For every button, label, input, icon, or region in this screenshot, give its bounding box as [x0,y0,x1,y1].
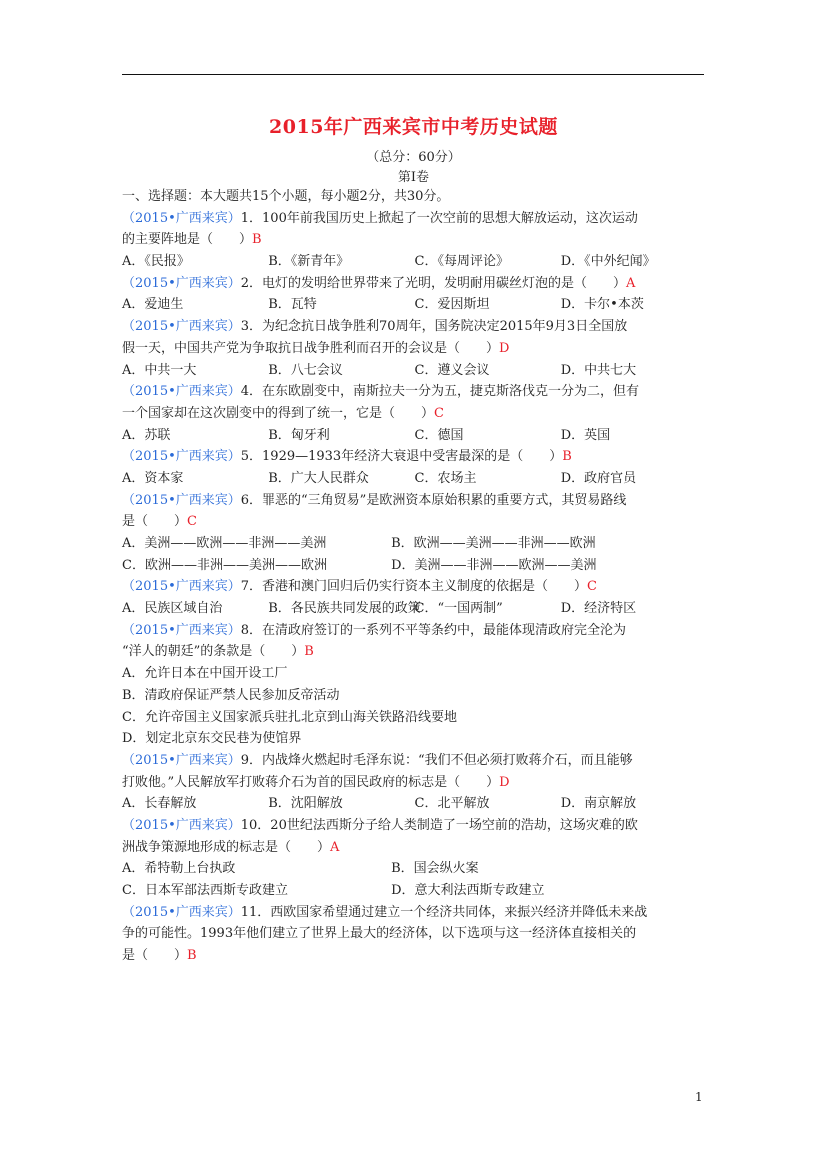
answer-option: C．德国 [415,425,561,447]
volume-label: 第Ⅰ卷 [0,166,827,185]
answer-option: A．爱迪生 [122,294,268,316]
answer-option: B．广大人民群众 [268,468,414,490]
options-row: D．划定北京东交民巷为使馆界 [122,728,707,750]
question-stem-line: 打败他。”人民解放军打败蒋介石为首的国民政府的标志是（ ）D [122,772,707,794]
question-source: （2015•广西来宾） [122,449,241,464]
question-stem-line: （2015•广西来宾）1．100年前我国历史上掀起了一次空前的思想大解放运动，这… [122,208,707,230]
answer-option: C．遵义会议 [415,360,561,382]
options-row: A．长春解放B．沈阳解放C．北平解放D．南京解放 [122,793,707,815]
answer-option: C．爱因斯坦 [415,294,561,316]
question-text: 4．在东欧剧变中，南斯拉夫一分为五，捷克斯洛伐克一分为二，但有 [241,384,639,399]
options-row: A．《民报》B．《新青年》C．《每周评论》D．《中外纪闻》 [122,251,707,273]
question-text: 的主要阵地是（ ） [122,232,252,247]
answer-option: C．北平解放 [415,793,561,815]
question-text: “洋人的朝廷”的条款是（ ） [122,644,304,659]
answer-key: D [499,775,509,790]
document-title: 2015年广西来宾市中考历史试题 [0,112,827,139]
question-source: （2015•广西来宾） [122,211,241,226]
question-text: 2．电灯的发明给世界带来了光明，发明耐用碳丝灯泡的是（ ） [241,276,626,291]
question-text: 7．香港和澳门回归后仍实行资本主义制度的依据是（ ） [241,579,587,594]
answer-option: D．《中外纪闻》 [561,251,707,273]
question-item: （2015•广西来宾）3．为纪念抗日战争胜利70周年，国务院决定2015年9月3… [122,316,707,381]
options-row: C．欧洲——非洲——美洲——欧洲D．美洲——非洲——欧洲——美洲 [122,555,707,577]
answer-option: D．经济特区 [561,598,707,620]
question-source: （2015•广西来宾） [122,384,241,399]
question-item: （2015•广西来宾）5．1929—1933年经济大衰退中受害最深的是（ ）BA… [122,446,707,489]
question-item: （2015•广西来宾）8．在清政府签订的一系列不平等条约中，最能体现清政府完全沦… [122,620,707,750]
question-text: 一个国家却在这次剧变中的得到了统一，它是（ ） [122,406,434,421]
question-stem-line: 是（ ）C [122,511,707,533]
question-text: 6．罪恶的“三角贸易”是欧洲资本原始积累的重要方式，其贸易路线 [241,493,627,508]
answer-option: D．政府官员 [561,468,707,490]
question-text: 5．1929—1933年经济大衰退中受害最深的是（ ） [241,449,562,464]
question-source: （2015•广西来宾） [122,319,241,334]
question-text: 8．在清政府签订的一系列不平等条约中，最能体现清政府完全沦为 [241,623,626,638]
answer-key: C [587,579,597,594]
options-row: A．民族区域自治B．各民族共同发展的政策C．“一国两制”D．经济特区 [122,598,707,620]
answer-option: C．农场主 [415,468,561,490]
answer-key: D [499,341,509,356]
answer-key: C [187,514,197,529]
question-source: （2015•广西来宾） [122,905,241,920]
answer-option: B．国会纵火案 [391,858,660,880]
options-row: C．允许帝国主义国家派兵驻扎北京到山海关铁路沿线要地 [122,707,707,729]
answer-option: A．苏联 [122,425,268,447]
answer-key: B [252,232,262,247]
question-stem-line: （2015•广西来宾）11．西欧国家希望通过建立一个经济共同体，来振兴经济并降低… [122,902,707,924]
answer-option: A．允许日本在中国开设工厂 [122,666,287,681]
answer-option: A．民族区域自治 [122,598,268,620]
question-text: 打败他。”人民解放军打败蒋介石为首的国民政府的标志是（ ） [122,775,499,790]
question-source: （2015•广西来宾） [122,818,241,833]
answer-key: C [434,406,444,421]
question-stem-line: （2015•广西来宾）4．在东欧剧变中，南斯拉夫一分为五，捷克斯洛伐克一分为二，… [122,381,707,403]
total-score: （总分：60分） [0,146,827,165]
answer-key: A [626,276,635,291]
answer-option: B．清政府保证严禁人民参加反帝活动 [122,688,340,703]
options-row: A．苏联B．匈牙利C．德国D．英国 [122,425,707,447]
question-stem-line: （2015•广西来宾）5．1929—1933年经济大衰退中受害最深的是（ ）B [122,446,707,468]
answer-option: B．欧洲——美洲——非洲——欧洲 [391,533,660,555]
question-stem-line: （2015•广西来宾）7．香港和澳门回归后仍实行资本主义制度的依据是（ ）C [122,576,707,598]
question-text: 假一天，中国共产党为争取抗日战争胜利而召开的会议是（ ） [122,341,499,356]
answer-option: C．允许帝国主义国家派兵驻扎北京到山海关铁路沿线要地 [122,710,457,725]
question-stem-line: （2015•广西来宾）9．内战烽火燃起时毛泽东说：“我们不但必须打败蒋介石，而且… [122,750,707,772]
answer-option: A．长春解放 [122,793,268,815]
options-row: C．日本军部法西斯专政建立D．意大利法西斯专政建立 [122,880,707,902]
answer-option: B．各民族共同发展的政策 [268,598,414,620]
question-text: 10．20世纪法西斯分子给人类制造了一场空前的浩劫，这场灾难的欧 [241,818,638,833]
answer-option: B．《新青年》 [268,251,414,273]
question-text: 1．100年前我国历史上掀起了一次空前的思想大解放运动，这次运动 [241,211,638,226]
question-source: （2015•广西来宾） [122,623,241,638]
answer-option: D．英国 [561,425,707,447]
question-stem-line: （2015•广西来宾）10．20世纪法西斯分子给人类制造了一场空前的浩劫，这场灾… [122,815,707,837]
question-content: 一、选择题：本大题共15个小题，每小题2分，共30分。 （2015•广西来宾）1… [122,186,707,967]
answer-option: D．卡尔•本茨 [561,294,707,316]
options-row: A．希特勒上台执政B．国会纵火案 [122,858,707,880]
question-item: （2015•广西来宾）7．香港和澳门回归后仍实行资本主义制度的依据是（ ）CA．… [122,576,707,619]
header-rule [122,74,704,75]
answer-key: B [304,644,314,659]
question-stem-line: （2015•广西来宾）3．为纪念抗日战争胜利70周年，国务院决定2015年9月3… [122,316,707,338]
options-row: A．资本家B．广大人民群众C．农场主D．政府官员 [122,468,707,490]
question-stem-line: （2015•广西来宾）6．罪恶的“三角贸易”是欧洲资本原始积累的重要方式，其贸易… [122,490,707,512]
section-heading: 一、选择题：本大题共15个小题，每小题2分，共30分。 [122,186,707,208]
question-item: （2015•广西来宾）2．电灯的发明给世界带来了光明，发明耐用碳丝灯泡的是（ ）… [122,273,707,316]
page-number: 1 [695,1090,703,1104]
question-list: （2015•广西来宾）1．100年前我国历史上掀起了一次空前的思想大解放运动，这… [122,208,707,967]
answer-option: D．划定北京东交民巷为使馆界 [122,731,301,746]
options-row: A．爱迪生B．瓦特C．爱因斯坦D．卡尔•本茨 [122,294,707,316]
question-text: 是（ ） [122,514,187,529]
question-item: （2015•广西来宾）11．西欧国家希望通过建立一个经济共同体，来振兴经济并降低… [122,902,707,967]
answer-option: A．资本家 [122,468,268,490]
answer-option: A．中共一大 [122,360,268,382]
question-source: （2015•广西来宾） [122,579,241,594]
answer-option: C．“一国两制” [415,598,561,620]
question-source: （2015•广西来宾） [122,493,241,508]
answer-option: D．南京解放 [561,793,707,815]
question-source: （2015•广西来宾） [122,753,241,768]
options-row: A．允许日本在中国开设工厂 [122,663,707,685]
answer-option: A．《民报》 [122,251,268,273]
answer-option: C．欧洲——非洲——美洲——欧洲 [122,555,391,577]
question-text: 是（ ） [122,948,187,963]
question-stem-line: 假一天，中国共产党为争取抗日战争胜利而召开的会议是（ ）D [122,338,707,360]
question-item: （2015•广西来宾）10．20世纪法西斯分子给人类制造了一场空前的浩劫，这场灾… [122,815,707,902]
question-stem-line: 一个国家却在这次剧变中的得到了统一，它是（ ）C [122,403,707,425]
answer-option: B．八七会议 [268,360,414,382]
answer-key: B [562,449,572,464]
question-item: （2015•广西来宾）9．内战烽火燃起时毛泽东说：“我们不但必须打败蒋介石，而且… [122,750,707,815]
question-stem-line: 是（ ）B [122,945,707,967]
question-stem-line: （2015•广西来宾）8．在清政府签订的一系列不平等条约中，最能体现清政府完全沦… [122,620,707,642]
answer-option: B．沈阳解放 [268,793,414,815]
question-item: （2015•广西来宾）4．在东欧剧变中，南斯拉夫一分为五，捷克斯洛伐克一分为二，… [122,381,707,446]
answer-option: C．日本军部法西斯专政建立 [122,880,391,902]
question-stem-line: 洲战争策源地形成的标志是（ ）A [122,837,707,859]
question-text: 9．内战烽火燃起时毛泽东说：“我们不但必须打败蒋介石，而且能够 [241,753,633,768]
answer-option: D．美洲——非洲——欧洲——美洲 [391,555,660,577]
options-row: B．清政府保证严禁人民参加反帝活动 [122,685,707,707]
question-stem-line: 争的可能性。1993年他们建立了世界上最大的经济体，以下选项与这一经济体直接相关… [122,923,707,945]
answer-option: A．希特勒上台执政 [122,858,391,880]
question-text: 11．西欧国家希望通过建立一个经济共同体，来振兴经济并降低未来战 [241,905,648,920]
answer-option: C．《每周评论》 [415,251,561,273]
question-stem-line: 的主要阵地是（ ）B [122,229,707,251]
answer-option: B．匈牙利 [268,425,414,447]
answer-option: D．中共七大 [561,360,707,382]
question-item: （2015•广西来宾）6．罪恶的“三角贸易”是欧洲资本原始积累的重要方式，其贸易… [122,490,707,577]
question-text: 3．为纪念抗日战争胜利70周年，国务院决定2015年9月3日全国放 [241,319,627,334]
answer-key: B [187,948,197,963]
answer-option: A．美洲——欧洲——非洲——美洲 [122,533,391,555]
question-text: 洲战争策源地形成的标志是（ ） [122,840,330,855]
answer-option: D．意大利法西斯专政建立 [391,880,660,902]
answer-key: A [330,840,339,855]
options-row: A．美洲——欧洲——非洲——美洲B．欧洲——美洲——非洲——欧洲 [122,533,707,555]
answer-option: B．瓦特 [268,294,414,316]
question-source: （2015•广西来宾） [122,276,241,291]
question-item: （2015•广西来宾）1．100年前我国历史上掀起了一次空前的思想大解放运动，这… [122,208,707,273]
question-stem-line: “洋人的朝廷”的条款是（ ）B [122,641,707,663]
options-row: A．中共一大B．八七会议C．遵义会议D．中共七大 [122,360,707,382]
question-text: 争的可能性。1993年他们建立了世界上最大的经济体，以下选项与这一经济体直接相关… [122,926,636,941]
question-stem-line: （2015•广西来宾）2．电灯的发明给世界带来了光明，发明耐用碳丝灯泡的是（ ）… [122,273,707,295]
